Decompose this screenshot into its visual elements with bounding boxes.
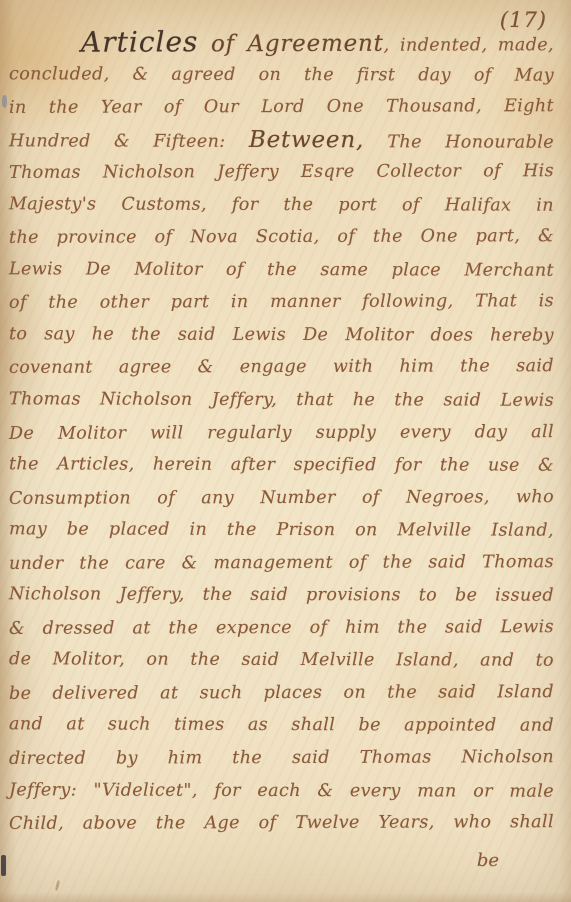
line-text: Nicholson Jeffery, the said provisions t… (9, 585, 554, 606)
line-text: of the other part in manner following, T… (9, 292, 554, 314)
manuscript-line: directed by him the said Thomas Nicholso… (9, 741, 554, 775)
manuscript-line: be delivered at such places on the said … (9, 676, 554, 710)
line-text: Child, above the Age of Twelve Years, wh… (9, 812, 554, 834)
line-text: Consumption of any Number of Negroes, wh… (9, 487, 554, 509)
emphasis-word-between: Between, (249, 127, 364, 153)
manuscript-line: covenant agree & engage with him the sai… (9, 351, 554, 385)
line-text: concluded, & agreed on the first day of … (9, 64, 554, 85)
manuscript-line: Nicholson Jeffery, the said provisions t… (9, 579, 554, 613)
line-text: to say he the said Lewis De Molitor does… (9, 324, 554, 345)
manuscript-line: & dressed at the expence of him the said… (9, 611, 554, 645)
manuscript-line: Consumption of any Number of Negroes, wh… (9, 481, 554, 515)
manuscript-line: the Articles, herein after specified for… (9, 448, 554, 482)
manuscript-line: of the other part in manner following, T… (9, 286, 554, 320)
ink-blot (55, 880, 61, 891)
manuscript-line: Majesty's Customs, for the port of Halif… (9, 188, 554, 222)
line-text: Hundred & Fifteen: (9, 131, 249, 152)
manuscript-line: Hundred & Fifteen: Between, The Honourab… (9, 123, 554, 157)
line-text: Thomas Nicholson Jeffery, that he the sa… (9, 389, 554, 410)
line-text: Majesty's Customs, for the port of Halif… (9, 194, 554, 215)
manuscript-line: de Molitor, on the said Melville Island,… (9, 644, 554, 678)
manuscript-line: to say he the said Lewis De Molitor does… (9, 318, 554, 352)
ink-blot (2, 95, 7, 108)
line-text: the Articles, herein after specified for… (9, 454, 554, 475)
manuscript-line: concluded, & agreed on the first day of … (9, 58, 554, 92)
line-text: De Molitor will regularly supply every d… (9, 422, 554, 444)
manuscript-page: (17) Articles of Agreement, indented, ma… (0, 0, 571, 902)
manuscript-line: Articles of Agreement, indented, made, (9, 25, 554, 59)
manuscript-line: Thomas Nicholson Jeffery Esqre Collector… (9, 155, 554, 189)
manuscript-line: under the care & management of the said … (9, 546, 554, 580)
line-text: Thomas Nicholson Jeffery Esqre Collector… (9, 161, 554, 183)
manuscript-text-block: Articles of Agreement, indented, made, c… (9, 26, 554, 840)
manuscript-line: Child, above the Age of Twelve Years, wh… (9, 806, 554, 840)
ink-blot (1, 855, 6, 876)
manuscript-line: in the Year of Our Lord One Thousand, Ei… (9, 90, 554, 124)
line-text: the province of Nova Scotia, of the One … (9, 226, 554, 248)
catchword: be (477, 850, 499, 871)
manuscript-line: and at such times as shall be appointed … (9, 709, 554, 743)
title-word: Articles (81, 25, 198, 58)
line-text: Lewis De Molitor of the same place Merch… (9, 259, 554, 280)
line-text: under the care & management of the said … (9, 552, 554, 574)
line-text: directed by him the said Thomas Nicholso… (9, 747, 554, 769)
manuscript-line: may be placed in the Prison on Melville … (9, 513, 554, 547)
line-text: covenant agree & engage with him the sai… (9, 357, 554, 379)
line-text: , indented, made, (384, 35, 554, 56)
line-text: Jeffery: "Videlicet", for each & every m… (9, 780, 554, 801)
line-text: The Honourable (364, 132, 554, 152)
line-text: be delivered at such places on the said … (9, 682, 554, 704)
title-phrase: of Agreement (198, 31, 383, 58)
line-text: in the Year of Our Lord One Thousand, Ei… (9, 96, 554, 118)
manuscript-line: De Molitor will regularly supply every d… (9, 416, 554, 450)
line-text: de Molitor, on the said Melville Island,… (9, 650, 554, 671)
line-text: and at such times as shall be appointed … (9, 715, 554, 736)
manuscript-line: Thomas Nicholson Jeffery, that he the sa… (9, 383, 554, 417)
manuscript-line: Lewis De Molitor of the same place Merch… (9, 253, 554, 287)
line-text: may be placed in the Prison on Melville … (9, 519, 554, 540)
manuscript-line: Jeffery: "Videlicet", for each & every m… (9, 774, 554, 808)
line-text: & dressed at the expence of him the said… (9, 617, 554, 639)
manuscript-line: the province of Nova Scotia, of the One … (9, 220, 554, 254)
